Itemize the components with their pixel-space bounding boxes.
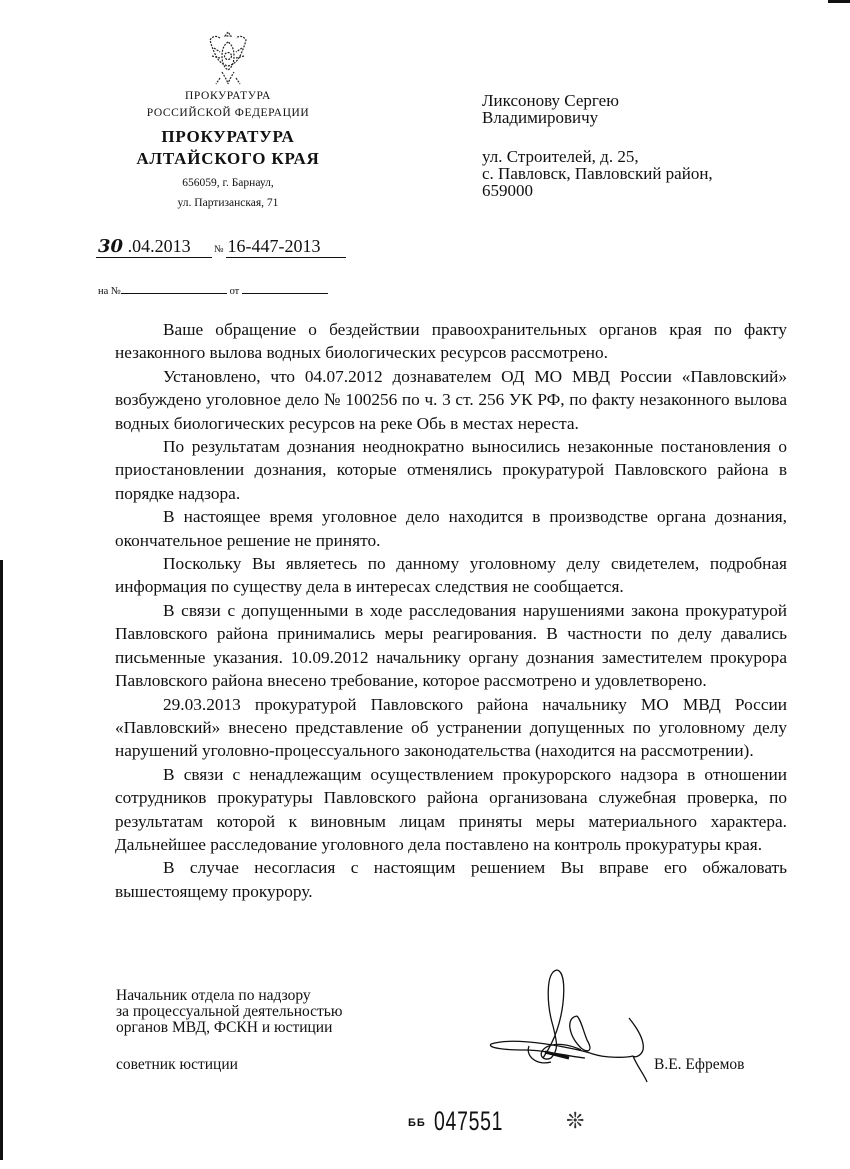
signatory-rank: советник юстиции (116, 1056, 238, 1074)
serial-series: ББ (408, 1117, 426, 1129)
number-sign: № (214, 244, 224, 255)
addressee-name-line1: Ликсонову Сергею (482, 92, 713, 109)
office-address-line2: ул. Партизанская, 71 (108, 193, 348, 213)
body-paragraph: По результатам дознания неоднократно вын… (115, 435, 787, 505)
registration-date: 30 .04.2013 (96, 236, 212, 258)
date-month-year: .04.2013 (128, 236, 191, 256)
office-name-line2: АЛТАЙСКОГО КРАЯ (108, 148, 348, 170)
letter-page: ПРОКУРАТУРА РОССИЙСКОЙ ФЕДЕРАЦИИ ПРОКУРА… (0, 0, 850, 1169)
body-paragraph: Установлено, что 04.07.2012 дознавателем… (115, 365, 787, 435)
letter-body: Ваше обращение о бездействии правоохрани… (115, 318, 787, 903)
security-mark-icon: ❊ (566, 1108, 584, 1134)
body-paragraph: В связи с ненадлежащим осуществлением пр… (115, 763, 787, 857)
serial-number: 047551 (434, 1106, 503, 1137)
registration-line: 30 .04.2013№16-447-2013 (96, 236, 346, 258)
body-paragraph: Ваше обращение о бездействии правоохрани… (115, 318, 787, 365)
addressee-address-line3: 659000 (482, 182, 713, 199)
registration-number: 16-447-2013 (226, 236, 346, 258)
reference-date-blank (242, 284, 328, 294)
body-paragraph: В связи с допущенными в ходе расследован… (115, 599, 787, 693)
signatory-title-line2: за процессуальной деятельностью (116, 1004, 342, 1020)
addressee-name-line2: Владимировичу (482, 109, 713, 126)
agency-name-line2: РОССИЙСКОЙ ФЕДЕРАЦИИ (108, 105, 348, 122)
scan-edge-left (0, 560, 3, 1160)
office-name-line1: ПРОКУРАТУРА (108, 126, 348, 148)
reference-number-blank (121, 284, 227, 294)
reference-line: на № от (98, 284, 328, 297)
agency-name-line1: ПРОКУРАТУРА (108, 88, 348, 105)
body-paragraph: Поскольку Вы являетесь по данному уголов… (115, 552, 787, 599)
handwritten-day: 30 (98, 236, 123, 257)
double-headed-eagle-icon (206, 28, 250, 88)
signatory-title-line1: Начальник отдела по надзору (116, 988, 342, 1004)
addressee-address-line1: ул. Строителей, д. 25, (482, 148, 713, 165)
signer-name: В.Е. Ефремов (654, 1056, 744, 1074)
addressee-block: Ликсонову Сергею Владимировичу ул. Строи… (482, 92, 713, 199)
signatory-title: Начальник отдела по надзору за процессуа… (116, 988, 342, 1036)
scan-edge-top-right (828, 0, 850, 3)
signatory-title-line3: органов МВД, ФСКН и юстиции (116, 1020, 342, 1036)
handwritten-signature-icon (485, 966, 655, 1084)
reference-prefix: на № (98, 286, 121, 297)
reference-from-label: от (230, 286, 240, 297)
body-paragraph: В случае несогласия с настоящим решением… (115, 856, 787, 903)
office-address-line1: 656059, г. Барнаул, (108, 173, 348, 193)
body-paragraph: 29.03.2013 прокуратурой Павловского райо… (115, 693, 787, 763)
body-paragraph: В настоящее время уголовное дело находит… (115, 505, 787, 552)
addressee-address-line2: с. Павловск, Павловский район, (482, 165, 713, 182)
letterhead: ПРОКУРАТУРА РОССИЙСКОЙ ФЕДЕРАЦИИ ПРОКУРА… (108, 28, 348, 213)
form-serial-number: ББ047551 ❊ (408, 1106, 530, 1137)
